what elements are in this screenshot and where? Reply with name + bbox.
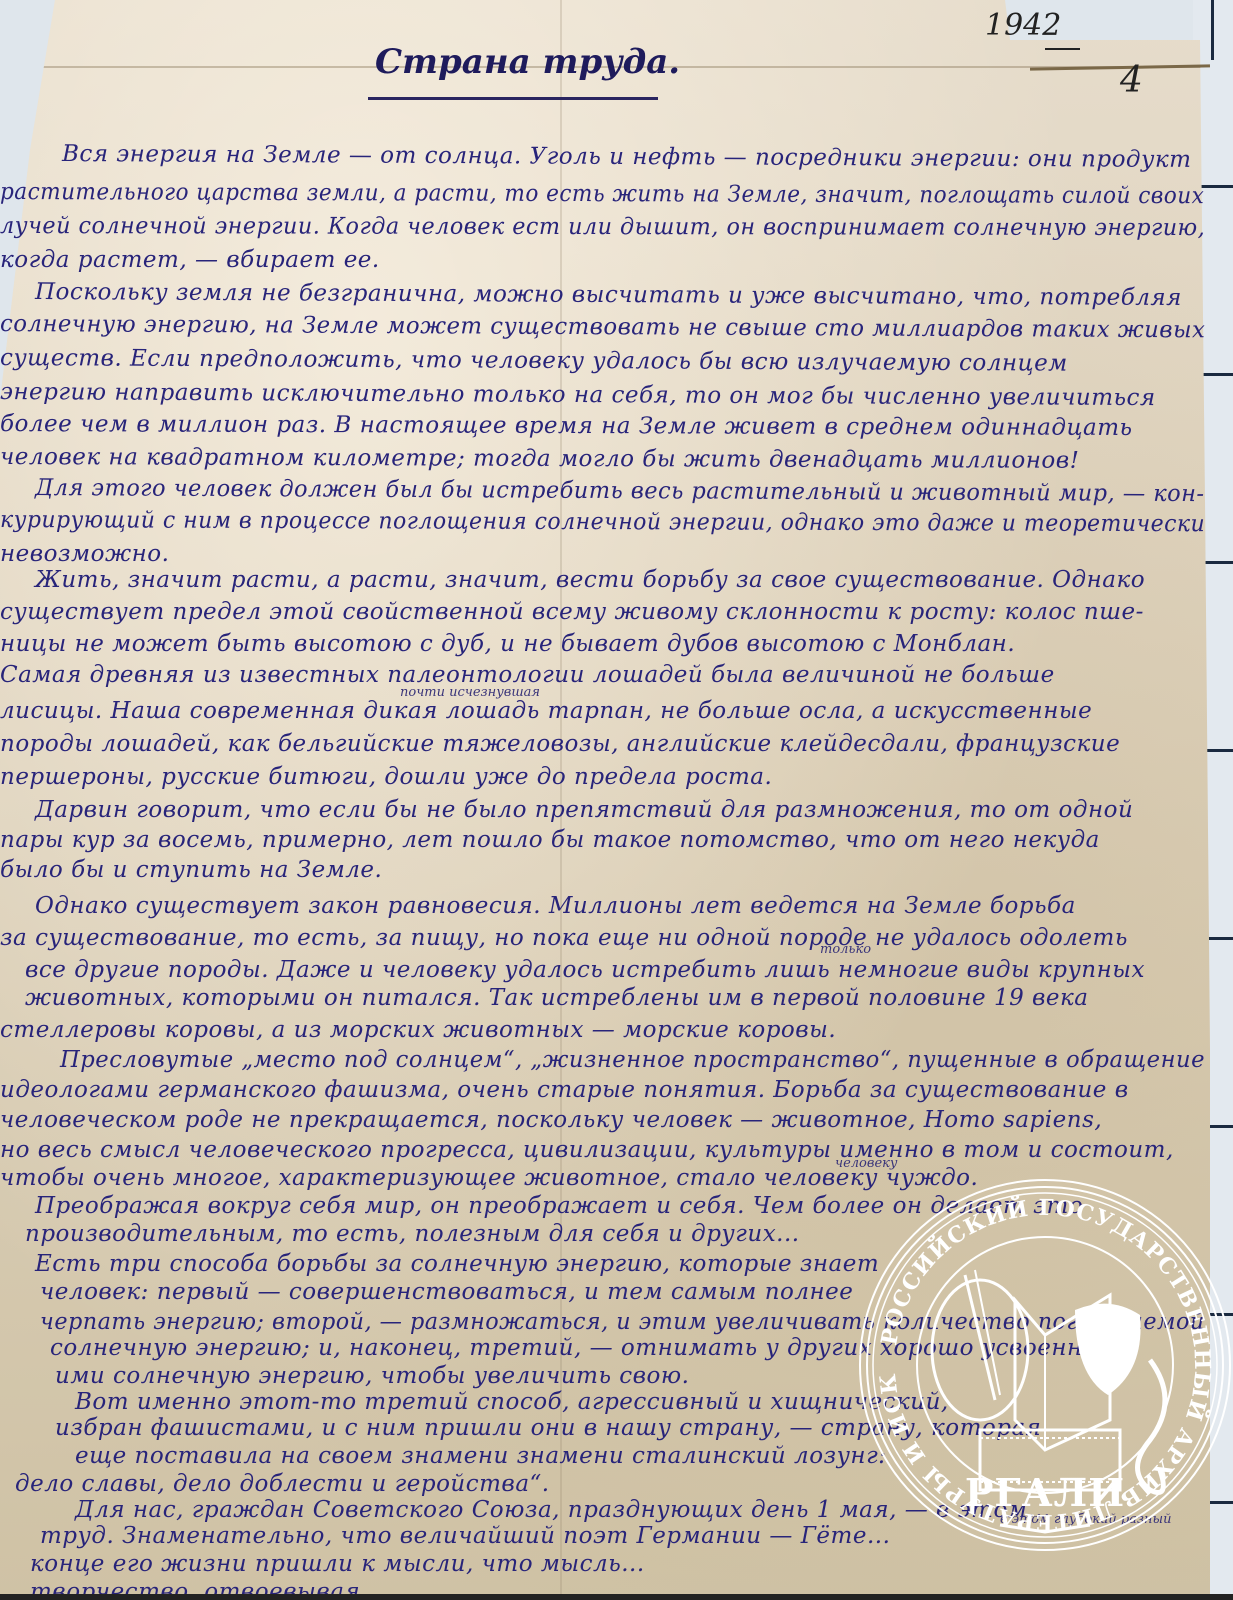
manuscript-line: породы лошадей, как бельгийские тяжелово… [0,730,1120,758]
manuscript-line: дело славы, дело доблести и геройства“. [15,1470,550,1498]
manuscript-line: идеологами германского фашизма, очень ст… [0,1076,1129,1104]
manuscript-line: Жить, значит расти, а расти, значит, вес… [35,566,1145,594]
manuscript-line: существ. Если предположить, что человеку… [0,344,1068,378]
manuscript-line: ими солнечную энергию, чтобы увеличить с… [55,1362,689,1390]
manuscript-line: Пресловутые „место под солнцем“, „жизнен… [60,1046,1205,1074]
bottom-edge [0,1594,1233,1600]
manuscript-line: чтобы очень многое, характеризующее живо… [0,1164,978,1192]
stamp-archive-abbreviation: РГАЛИ [850,1470,1233,1515]
manuscript-line: солнечную энергию, на Земле может сущест… [0,310,1205,344]
manuscript-line: за существование, то есть, за пищу, но п… [0,924,1128,952]
manuscript-line: производительным, то есть, полезным для … [25,1220,800,1248]
manuscript-line: конце его жизни пришли к мысли, что мысл… [30,1550,645,1578]
manuscript-line: животных, которыми он питался. Так истре… [25,984,1088,1012]
archive-watermark-stamp: РОССИЙСКИЙ ГОСУДАРСТВЕННЫЙ АРХИВ ЛИТЕРАТ… [850,1170,1233,1560]
manuscript-line: все другие породы. Даже и человеку удало… [25,956,1145,984]
manuscript-line: еще поставила на своем знамени знамени с… [75,1442,886,1470]
manuscript-line: Вся энергия на Земле — от солнца. Уголь … [62,140,1192,174]
manuscript-line: энергию направить исключительно только н… [0,378,1156,412]
manuscript-line: но весь смысл человеческого прогресса, ц… [0,1136,1174,1164]
manuscript-line: Дарвин говорит, что если бы не было преп… [35,796,1133,824]
manuscript-line: более чем в миллион раз. В настоящее вре… [0,410,1133,442]
manuscript-line: ницы не может быть высотою с дуб, и не б… [0,630,1015,658]
manuscript-line: лучей солнечной энергии. Когда человек е… [0,212,1205,242]
manuscript-line: першероны, русские битюги, дошли уже до … [0,763,772,791]
manuscript-line: лисицы. Наша современная дикая лошадь та… [0,697,1092,725]
manuscript-line: труд. Знаменательно, что величайший поэт… [40,1522,890,1550]
manuscript-line: человек: первый — совершенствоваться, и … [40,1278,853,1306]
manuscript-line: Вот именно этот-то третий способ, агресс… [75,1388,949,1416]
manuscript-line: существует предел этой свойственной всем… [0,598,1144,626]
manuscript-line: Для этого человек должен был бы истребит… [35,474,1205,508]
manuscript-line: человеческом роде не прекращается, поско… [0,1106,1102,1134]
manuscript-line: курирующий с ним в процессе поглощения с… [0,506,1205,538]
manuscript-line: стеллеровы коровы, а из морских животных… [0,1016,836,1044]
manuscript-line: было бы и ступить на Земле. [0,856,382,884]
manuscript-line: Однако существует закон равновесия. Милл… [35,892,1076,920]
manuscript-line: когда растет, — вбирает ее. [0,246,380,274]
marginal-note: человеку [835,1156,897,1171]
manuscript-line: невозможно. [0,540,169,568]
manuscript-line: Есть три способа борьбы за солнечную эне… [35,1250,879,1278]
manuscript-line: Поскольку земля не безгранична, можно вы… [35,278,1182,312]
marginal-note: только [820,942,871,957]
marginal-note: почти исчезнувшая [400,685,540,700]
manuscript-line: пары кур за восемь, примерно, лет пошло … [0,826,1100,854]
manuscript-line: человек на квадратном километре; тогда м… [0,443,1079,475]
manuscript-line: растительного царства земли, а расти, то… [0,178,1204,210]
